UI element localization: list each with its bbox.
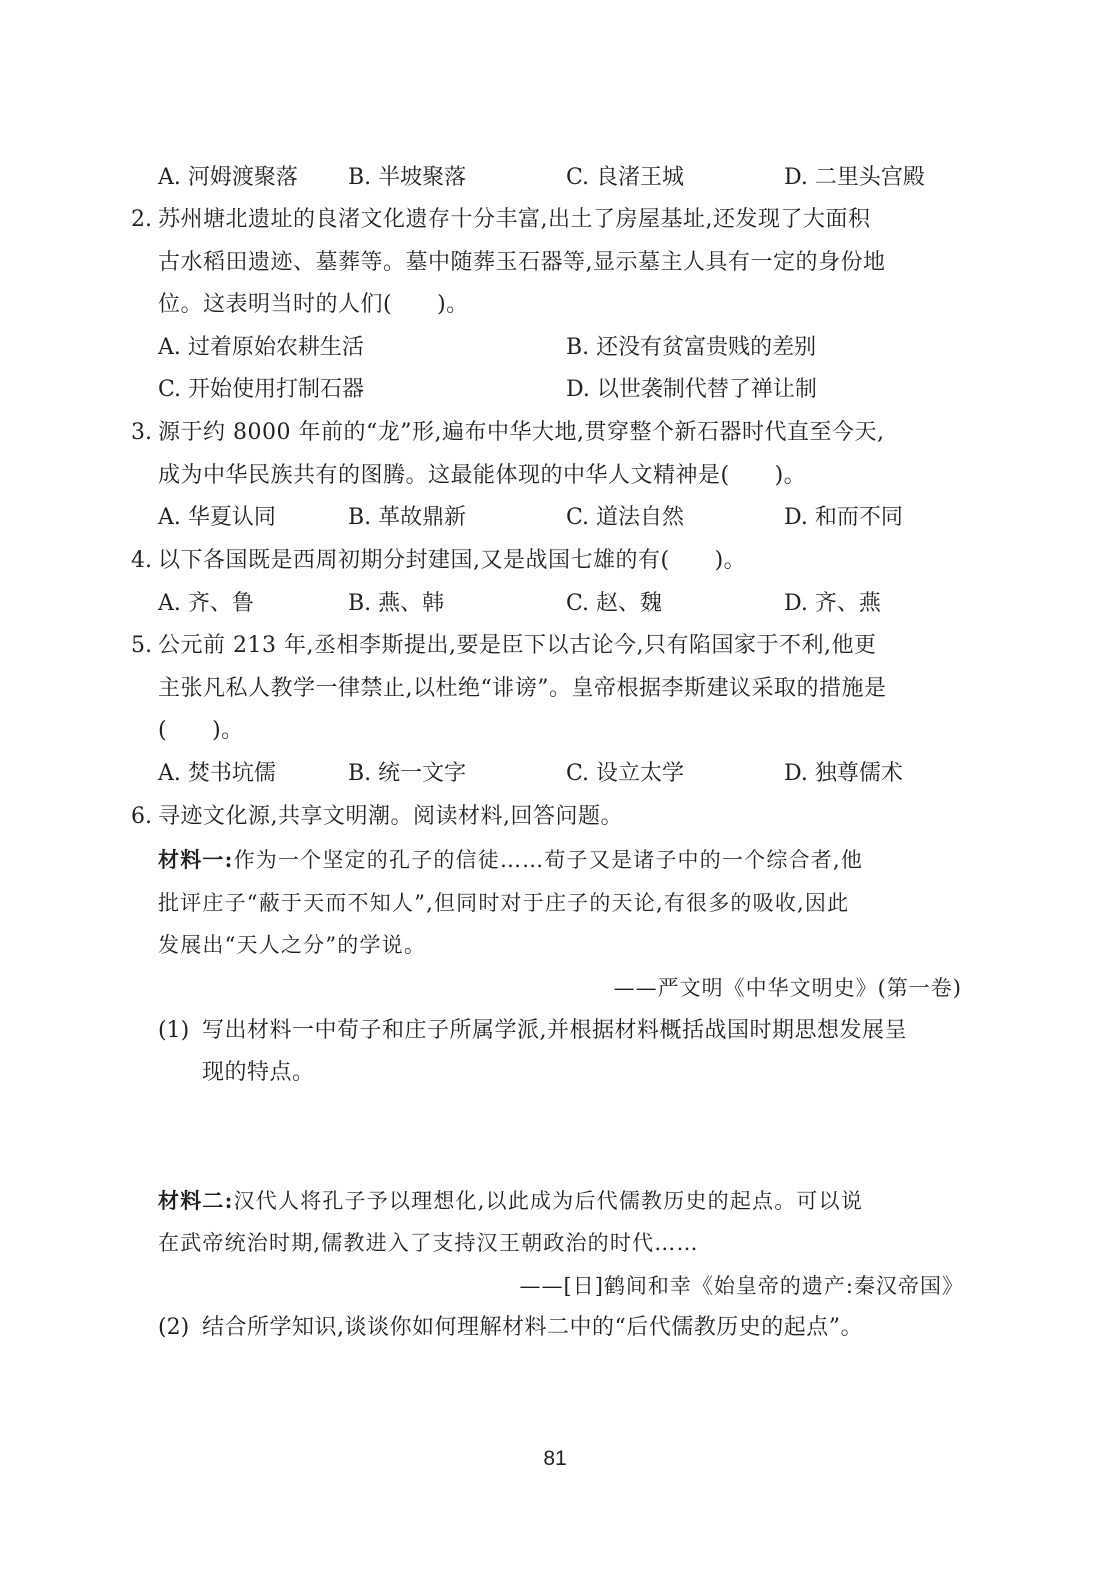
q1-option-b: B. 半坡聚落 [348,163,466,193]
answer-space-2[interactable] [158,1350,968,1430]
q4-option-c: C. 赵、魏 [566,589,662,619]
q5-option-c: C. 设立太学 [566,759,684,789]
q5-option-a: A. 焚书坑儒 [158,759,276,789]
q2-option-d: D. 以世袭制代替了禅让制 [566,375,817,405]
material-source: ——严文明《中华文明史》(第一卷) [614,973,962,1003]
sub-question-text-line: 结合所学知识,谈谈你如何理解材料二中的“后代儒教历史的起点”。 [202,1313,863,1343]
question-text-line: 源于约 8000 年前的“龙”形,遍布中华大地,贯穿整个新石器时代直至今天, [158,418,884,448]
q3-option-d: D. 和而不同 [784,503,903,533]
q2-option-b: B. 还没有贫富贵贱的差别 [566,333,816,363]
material-text-line: 批评庄子“蔽于天而不知人”,但同时对于庄子的天论,有很多的吸收,因此 [158,888,849,918]
q4-option-b: B. 燕、韩 [348,589,444,619]
question-text-line: 苏州塘北遗址的良渚文化遗存十分丰富,出土了房屋基址,还发现了大面积 [158,205,871,235]
sub-question-number: (1) [158,1016,189,1046]
question-text-line: 主张凡私人教学一律禁止,以杜绝“诽谤”。皇帝根据李斯建议采取的措施是 [158,674,887,704]
question-number: 3. [131,418,152,448]
sub-question-text-line: 写出材料一中荀子和庄子所属学派,并根据材料概括战国时期思想发展呈 [202,1016,907,1046]
question-text-line: 以下各国既是西周初期分封建国,又是战国七雄的有( )。 [158,546,746,576]
q1-option-c: C. 良渚王城 [566,163,684,193]
q1-option-d: D. 二里头宫殿 [784,163,925,193]
q4-option-d: D. 齐、燕 [784,589,881,619]
q3-option-c: C. 道法自然 [566,503,684,533]
material-label: 材料二: [158,1188,234,1213]
material-text-line: 在武帝统治时期,儒教进入了支持汉王朝政治的时代…… [158,1228,699,1258]
q2-option-c: C. 开始使用打制石器 [158,375,364,405]
answer-space-1[interactable] [158,1095,968,1175]
question-text-line: ( )。 [158,716,244,746]
q3-option-a: A. 华夏认同 [158,503,276,533]
material-text-line: 作为一个坚定的孔子的信徒……荀子又是诸子中的一个综合者,他 [234,848,863,872]
question-number: 2. [131,205,152,235]
question-number: 4. [131,546,152,576]
q3-option-b: B. 革故鼎新 [348,503,466,533]
question-text-line: 古水稻田遗迹、墓葬等。墓中随葬玉石器等,显示墓主人具有一定的身份地 [158,248,886,278]
q1-option-a: A. 河姆渡聚落 [158,163,298,193]
q2-option-a: A. 过着原始农耕生活 [158,333,364,363]
material-source: ——[日]鹤间和幸《始皇帝的遗产:秦汉帝国》 [520,1271,964,1301]
q5-option-d: D. 独尊儒术 [784,759,903,789]
question-intro: 寻迹文化源,共享文明潮。阅读材料,回答问题。 [158,802,623,832]
question-text-line: 成为中华民族共有的图腾。这最能体现的中华人文精神是( )。 [158,461,806,491]
material-label: 材料一: [158,847,234,872]
question-text-line: 位。这表明当时的人们( )。 [158,290,469,320]
page-number: 81 [0,1447,1110,1471]
question-number: 5. [131,631,152,661]
material-text-line: 发展出“天人之分”的学说。 [158,930,426,960]
q5-option-b: B. 统一文字 [348,759,466,789]
question-number: 6. [131,802,152,832]
sub-question-number: (2) [158,1313,189,1343]
sub-question-text-line: 现的特点。 [202,1058,315,1088]
material-text-line: 汉代人将孔子予以理想化,以此成为后代儒教历史的起点。可以说 [234,1189,863,1213]
question-text-line: 公元前 213 年,丞相李斯提出,要是臣下以古论今,只有陷国家于不利,他更 [158,631,876,661]
q4-option-a: A. 齐、鲁 [158,589,254,619]
